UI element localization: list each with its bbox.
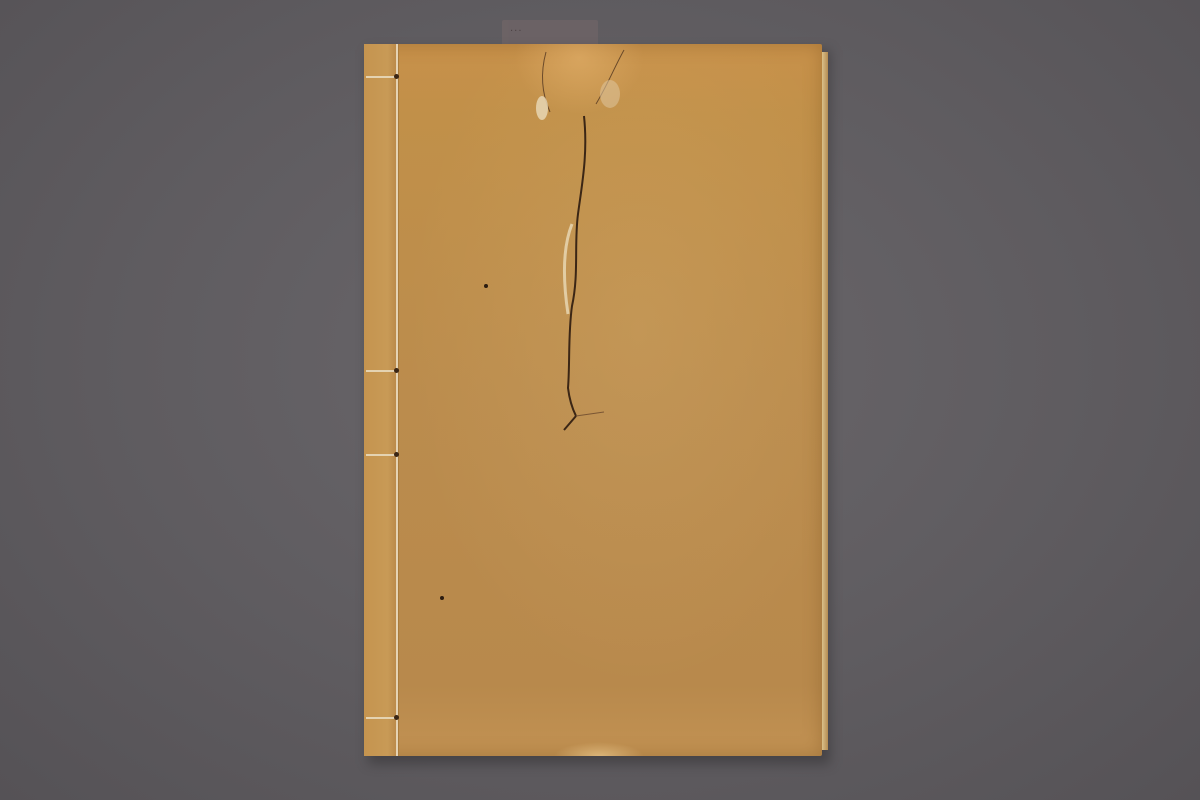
photo-scene: ··· (0, 0, 1200, 800)
bottom-stain (554, 742, 644, 756)
paper-speck (484, 284, 488, 288)
book-cover (364, 44, 822, 756)
page-edge (822, 52, 828, 750)
crack-marks (364, 44, 822, 756)
catalog-label-tab: ··· (502, 20, 598, 46)
catalog-label-text: ··· (510, 26, 523, 37)
paper-speck (440, 596, 444, 600)
